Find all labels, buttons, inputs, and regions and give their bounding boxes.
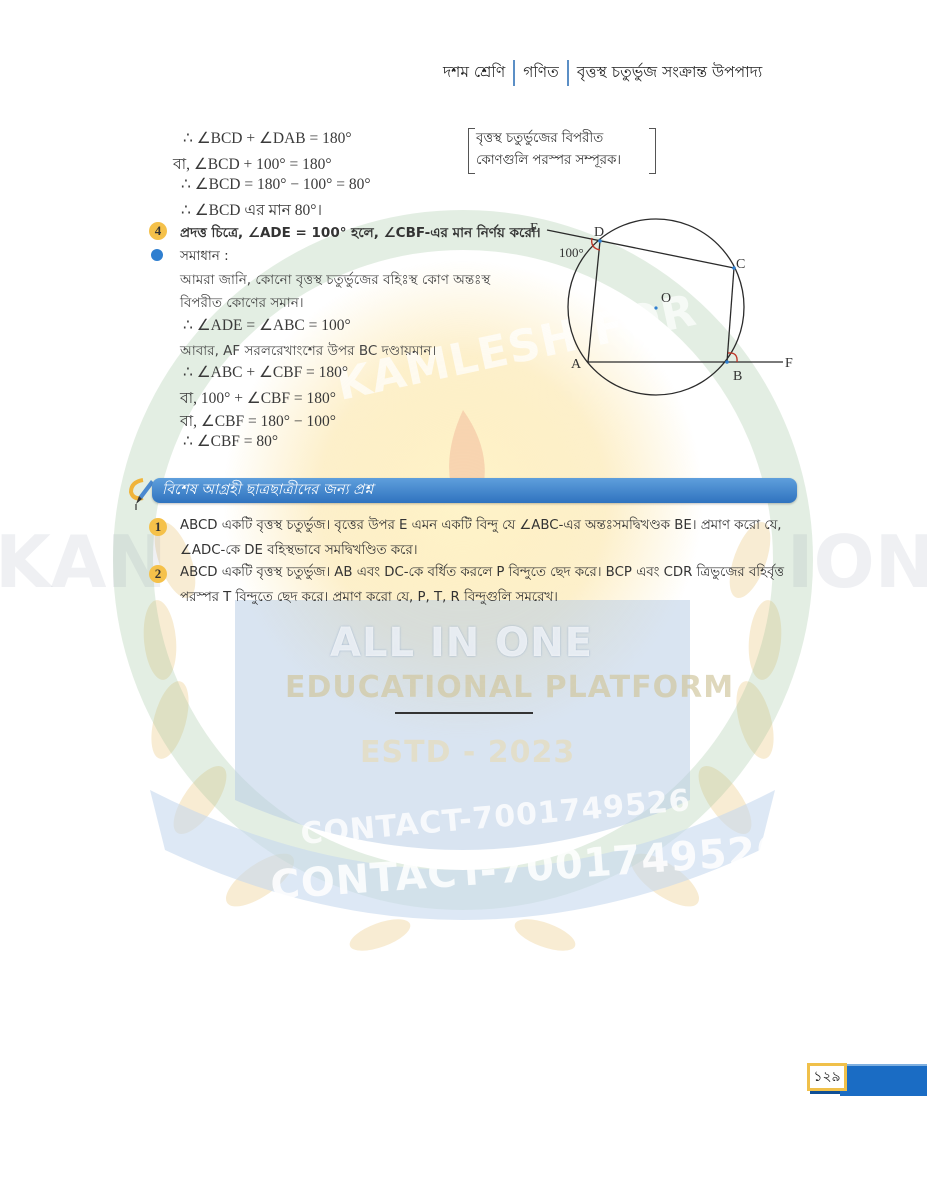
question-number-badge: 2 — [149, 565, 167, 583]
label-B: B — [733, 369, 742, 384]
reason-note-line: বৃত্তস্থ চতুর্ভুজের বিপরীত — [476, 128, 650, 150]
label-E: E — [530, 221, 539, 236]
subject-label: গণিত — [523, 60, 559, 86]
problem-question: প্রদত্ত চিত্রে, ∠ADE = 100° হলে, ∠CBF-এর… — [180, 222, 541, 245]
bullet-icon — [151, 249, 163, 261]
section-title: বিশেষ আগ্রহী ছাত্রছাত্রীদের জন্য প্রশ্ন — [162, 479, 373, 503]
label-D: D — [594, 225, 604, 240]
label-O: O — [661, 291, 671, 306]
cyclic-quadrilateral-diagram: E D C O A B F 100° — [520, 210, 810, 405]
solution-line: আমরা জানি, কোনো বৃত্তস্থ চতুর্ভুজের বহিঃ… — [180, 269, 490, 292]
solution-line: ∴ ∠BCD + ∠DAB = 180° — [183, 129, 352, 148]
solution-line: ∴ ∠CBF = 80° — [183, 432, 278, 451]
solution-line: বিপরীত কোণের সমান। — [180, 292, 304, 315]
reason-note: বৃত্তস্থ চতুর্ভুজের বিপরীত কোণগুলি পরস্প… — [468, 128, 650, 174]
page-number-bar — [840, 1064, 927, 1096]
page-number: ১২৯ — [807, 1063, 847, 1091]
section-banner: বিশেষ আগ্রহী ছাত্রছাত্রীদের জন্য প্রশ্ন — [152, 478, 797, 503]
class-label: দশম শ্রেণি — [443, 60, 505, 86]
solution-line: ∴ ∠BCD = 180° − 100° = 80° — [181, 175, 371, 194]
label-C: C — [736, 257, 745, 272]
separator — [513, 60, 515, 86]
reason-note-line: কোণগুলি পরস্পর সম্পূরক। — [476, 150, 650, 172]
center-point — [654, 306, 657, 309]
question-text: ABCD একটি বৃত্তস্থ চতুর্ভুজ। বৃত্তের উপর… — [180, 513, 805, 563]
angle-mark — [728, 353, 737, 362]
running-head: দশম শ্রেণি গণিত বৃত্তস্থ চতুর্ভুজ সংক্রা… — [443, 60, 762, 86]
solution-line: ∴ ∠ABC + ∠CBF = 180° — [183, 363, 348, 382]
angle-label: 100° — [559, 245, 584, 260]
problem-number-badge: 4 — [149, 222, 167, 240]
end-divider — [395, 712, 533, 714]
question-number-badge: 1 — [149, 518, 167, 536]
separator — [567, 60, 569, 86]
question-text: ABCD একটি বৃত্তস্থ চতুর্ভুজ। AB এবং DC-ক… — [180, 560, 805, 610]
label-F: F — [785, 356, 793, 371]
label-A: A — [571, 357, 582, 372]
solution-label: সমাধান : — [180, 245, 229, 268]
solution-line: ∴ ∠ADE = ∠ABC = 100° — [183, 316, 351, 335]
solution-line: আবার, AF সরলরেখাংশের উপর BC দণ্ডায়মান। — [180, 340, 436, 363]
chapter-label: বৃত্তস্থ চতুর্ভুজ সংক্রান্ত উপপাদ্য — [577, 60, 762, 86]
solution-line: ∴ ∠BCD এর মান 80°। — [181, 198, 322, 224]
